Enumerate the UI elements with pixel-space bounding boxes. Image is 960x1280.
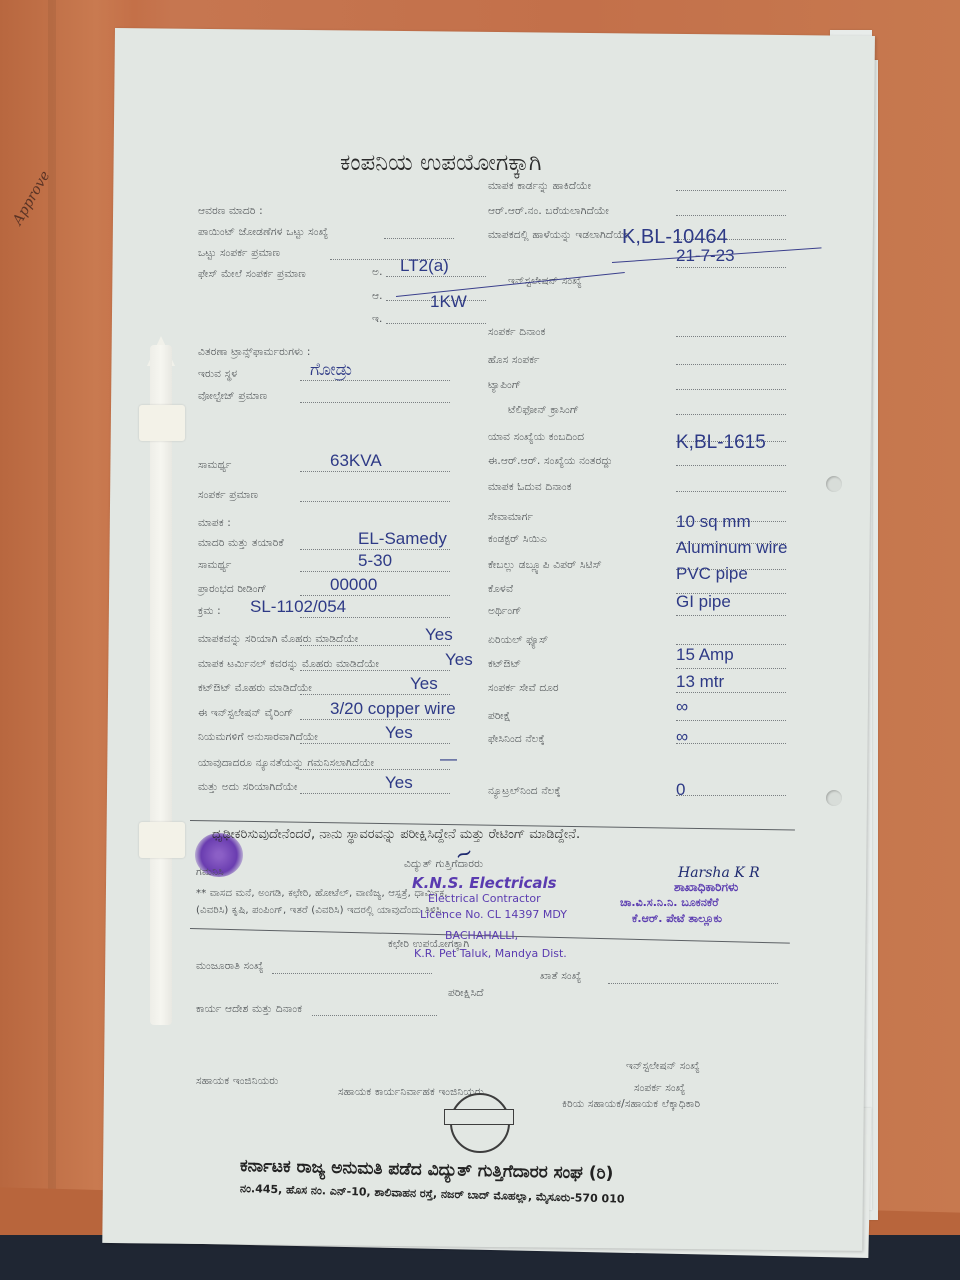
declaration-text: ಧೃಢೀಕರಿಸುವುದೇನೆಂದರೆ, ನಾನು ಸ್ಥಾವರವನ್ನು ಪರ… [212,827,580,842]
right-field-label: ಹೊಸ ಸಂಪರ್ಕ [488,354,540,367]
left-field-line[interactable] [300,471,450,472]
right-field-line[interactable] [676,336,786,337]
left-field-line[interactable] [300,571,450,572]
signatory-accounts-officer: ಕಿರಿಯ ಸಹಾಯಕ/ಸಹಾಯಕ ಲೆಕ್ಕಾಧಿಕಾರಿ [562,1098,700,1111]
right-field-line[interactable] [676,615,786,616]
right-field-line[interactable] [676,190,786,191]
sub-label-a: ಅ. [372,266,383,279]
left-field-line[interactable] [300,645,450,646]
right-field-value: 15 Amp [676,645,734,665]
left-field-line[interactable] [300,402,450,403]
left-field-label: ಮಾದರಿ ಮತ್ತು ತಯಾರಿಕೆ [198,537,284,550]
left-field-value: 00000 [330,575,377,595]
signatory-assistant-engineer: ಸಹಾಯಕ ಇಂಜಿನಿಯರು [196,1075,278,1088]
right-field-label: ಕೇಬಲ್ಲು ಡಬ್ಲ್ಯೂಪಿ ವಿಪರ್ ಸಿಟಿಸ್ [488,559,602,572]
right-field-label: ಈ.ಆರ್.ಆರ್. ಸಂಖ್ಯೆಯ ನಂತರದ್ದು [488,455,613,468]
left-field-line[interactable] [300,793,450,794]
folder-fold [48,0,56,1280]
left-field-label: ಪಾಯಿಂಟ್ ಜೋಡಣೆಗಳ ಒಟ್ಟು ಸಂಖ್ಯೆ [198,226,328,239]
left-field-line[interactable] [384,238,454,239]
stamp-district: K.R. Pet Taluk, Mandya Dist. [414,947,567,960]
left-field-label: ಇರುವ ಸ್ಥಳ [198,368,237,381]
right-field-line[interactable] [676,465,786,466]
right-field-label: ಮಾಪಕದಲ್ಲಿ ಹಾಳೆಯನ್ನು ಇಡಲಾಗಿದೆಯೇ [488,229,628,242]
officer-stamp-taluk: ಕೆ.ಆರ್. ಪೇಟೆ ತಾಲ್ಲೂಕು [632,912,722,926]
right-field-label: ಯಾವ ಸಂಖ್ಯೆಯ ಕಂಬದಿಂದ [488,431,584,444]
right-field-label: ಸಂಪರ್ಕ ಸೇವೆ ದೂರ [488,682,559,695]
connection-number-label: ಸಂಪರ್ಕ ಸಂಖ್ಯೆ [634,1082,685,1095]
form-title: ಕಂಪನಿಯ ಉಪಯೋಗಕ್ಕಾಗಿ [340,150,542,176]
sanction-number-label: ಮಂಜೂರಾತಿ ಸಂಖ್ಯೆ [196,960,264,973]
account-number-label: ಖಾತೆ ಸಂಖ್ಯೆ [540,970,581,983]
punch-hole [826,476,842,492]
left-field-label: ವೋಲ್ಟೇಜ್ ಪ್ರಮಾಣ [198,390,267,403]
left-field-label: ಈ ಇನ್‌ಸ್ಟಲೇಷನ್ ವೈರಿಂಗ್ [198,707,293,720]
right-field-label: ಪರೀಕ್ಷೆ [488,710,511,723]
work-order-label: ಕಾರ್ಯ ಆದೇಶ ಮತ್ತು ದಿನಾಂಕ [196,1003,302,1016]
right-field-line[interactable] [676,743,786,744]
right-field-value: Aluminum wire [676,538,787,558]
left-field-label: ಪ್ರಾರಂಭದ ರೀಡಿಂಗ್ [198,583,267,596]
left-field-label: ಕ್ರಮ : [198,605,221,618]
punch-hole [826,790,842,806]
right-field-value: 10 sq mm [676,512,751,532]
stamp-contractor-name: K.N.S. Electricals [412,874,557,892]
right-field-label: ಕೊಳವೆ [488,583,513,596]
right-field-line[interactable] [676,364,786,365]
field-line [386,276,486,277]
stamp-licence: Licence No. CL 14397 MDY [420,908,567,921]
officer-stamp-office: ಚಾ.ವಿ.ಸ.ನಿ.ನಿ. ಬೂಕನಕೆರೆ [620,896,718,910]
right-field-label: ಏರಿಯಲ್ ಫ್ಯೂಸ್ [488,634,548,647]
left-field-label: ಮತ್ತು ಅದು ಸರಿಯಾಗಿದೆಯೇ [198,781,298,794]
account-number-field[interactable] [608,983,778,984]
left-field-label: ಸಾಮರ್ಥ್ಯ [198,559,232,572]
left-field-value: Yes [385,773,413,793]
right-field-value: ∞ [676,697,688,717]
field-line [386,323,486,324]
left-field-value: SL-1102/054 [250,597,346,617]
left-field-line[interactable] [300,769,450,770]
right-field-label: ಟ್ಯಾಪಿಂಗ್ [488,379,521,392]
checked-label: ಪರೀಕ್ಷಿಸಿದೆ [448,987,484,1000]
left-field-value: 63KVA [330,451,382,471]
left-field-label: ವಿತರಣಾ ಟ್ರಾನ್ಸ್‌ಫಾರ್ಮರುಗಳು : [198,346,311,359]
left-field-line[interactable] [300,670,450,671]
right-field-line[interactable] [676,389,786,390]
right-field-value: PVC pipe [676,564,748,584]
right-field-line[interactable] [676,414,786,415]
right-field-line[interactable] [676,668,786,669]
value-phase-b: 1KW [430,292,467,312]
right-field-line[interactable] [676,215,786,216]
right-field-line[interactable] [676,267,786,268]
right-field-line[interactable] [676,491,786,492]
left-field-label: ಒಟ್ಟು ಸಂಪರ್ಕ ಪ್ರಮಾಣ [198,247,280,260]
left-field-value: ಗೋಡ್ರು [310,360,353,380]
left-field-value: 5-30 [358,551,392,571]
right-field-label: ಮಾಪಕ ಕಾರ್ಡನ್ನು ಹಾಕಿದೆಯೇ [488,180,591,193]
right-field-line[interactable] [676,720,786,721]
right-field-line[interactable] [676,795,786,796]
right-field-value: 13 mtr [676,672,724,692]
right-field-label: ಕಂಡಕ್ಟರ್ ಸಿಯಿಎ [488,533,547,546]
right-field-label: ಫೇಸಿನಿಂದ ನೆಲಕ್ಕೆ [488,733,545,746]
binder-clip [139,405,185,441]
work-order-field[interactable] [312,1015,437,1016]
right-field-value: GI pipe [676,592,731,612]
stamp-place: BACHAHALLI, [445,929,518,942]
right-field-line[interactable] [676,692,786,693]
left-field-line[interactable] [300,595,450,596]
left-field-label: ಸಂಪರ್ಕ ಪ್ರಮಾಣ [198,489,258,502]
sub-label-c: ಇ. [372,313,383,326]
right-field-label: ಆರ್.ಆರ್.ನಂ. ಬರೆಯಲಾಗಿದೆಯೇ [488,205,609,218]
left-field-label: ಫೇಸ್ ಮೇಲೆ ಸಂಪರ್ಕ ಪ್ರಮಾಣ [198,268,306,281]
installation-number-label: ಇನ್‌ಸ್ಟಲೇಷನ್ ಸಂಖ್ಯೆ [626,1060,700,1073]
left-field-label: ಮಾಪಕ : [198,517,231,530]
value-phase-a: LT2(a) [400,256,449,276]
officer-signature: Harsha K R [678,865,760,881]
binder-clip [139,822,185,858]
left-field-value: Yes [410,674,438,694]
left-field-line[interactable] [300,694,450,695]
left-field-label: ಕಟ್‌ಔಟ್ ಮೊಹರು ಮಾಡಿದೆಯೇ [198,682,312,695]
left-field-label: ಸಾಮರ್ಥ್ಯ [198,459,232,472]
left-field-line[interactable] [300,617,450,618]
right-field-label: ಅರ್ಥಿಂಗ್ [488,605,521,618]
binder-strip [150,345,172,1025]
right-field-label: ನ್ಯೂಟ್ರಲ್‌ನಿಂದ ನೆಲಕ್ಕೆ [488,785,561,798]
right-field-label: ಮಾಪಕ ಓದುವ ದಿನಾಂಕ [488,481,572,494]
right-field-value: K,BL-1615 [676,432,766,454]
left-field-value: — [440,749,457,769]
officer-stamp-title: ಶಾಖಾಧಿಕಾರಿಗಳು [674,880,738,895]
left-field-line[interactable] [300,719,450,720]
note-line-2: (ವಿವರಿಸಿ) ಕೃಷಿ, ಪಂಪಿಂಗ್, ಇತರೆ (ವಿವರಿಸಿ) … [196,905,445,916]
left-field-label: ಆವರಣ ಮಾದರಿ : [198,205,263,218]
right-field-value: 0 [676,780,685,800]
left-field-line[interactable] [300,380,450,381]
left-field-value: EL-Samedy [358,529,447,549]
sanction-number-field[interactable] [272,973,432,974]
stamp-contractor-role: Electrical Contractor [428,892,541,905]
left-field-value: Yes [445,650,473,670]
left-field-line[interactable] [300,549,450,550]
note-prefix: ಗಮನಿಸಿ [196,866,224,879]
left-field-line[interactable] [300,743,450,744]
left-field-line[interactable] [300,501,450,502]
sub-label-b: ಆ. [372,290,383,303]
left-field-value: Yes [385,723,413,743]
note-line-1: ** ವಾಸದ ಮನೆ, ಅಂಗಡಿ, ಕಛೇರಿ, ಹೋಟೆಲ್, ವಾಣಿಜ… [196,888,448,899]
right-field-label: ಸೇವಾಮಾರ್ಗ [488,511,533,524]
signatory-assistant-exec-engineer: ಸಹಾಯಕ ಕಾರ್ಯನಿರ್ವಾಹಕ ಇಂಜಿನಿಯರು [338,1086,484,1099]
association-seal-band [444,1109,514,1125]
left-field-value: Yes [425,625,453,645]
right-field-label: ಸಂಪರ್ಕ ದಿನಾಂಕ [488,326,546,339]
right-field-label: ಟೆಲಿಫೋನ್ ಕ್ರಾಸಿಂಗ್ [508,404,579,417]
right-field-label: ಕಟ್‌ಔಟ್ [488,658,521,671]
left-field-value: 3/20 copper wire [330,699,456,719]
right-field-value: ∞ [676,727,688,747]
